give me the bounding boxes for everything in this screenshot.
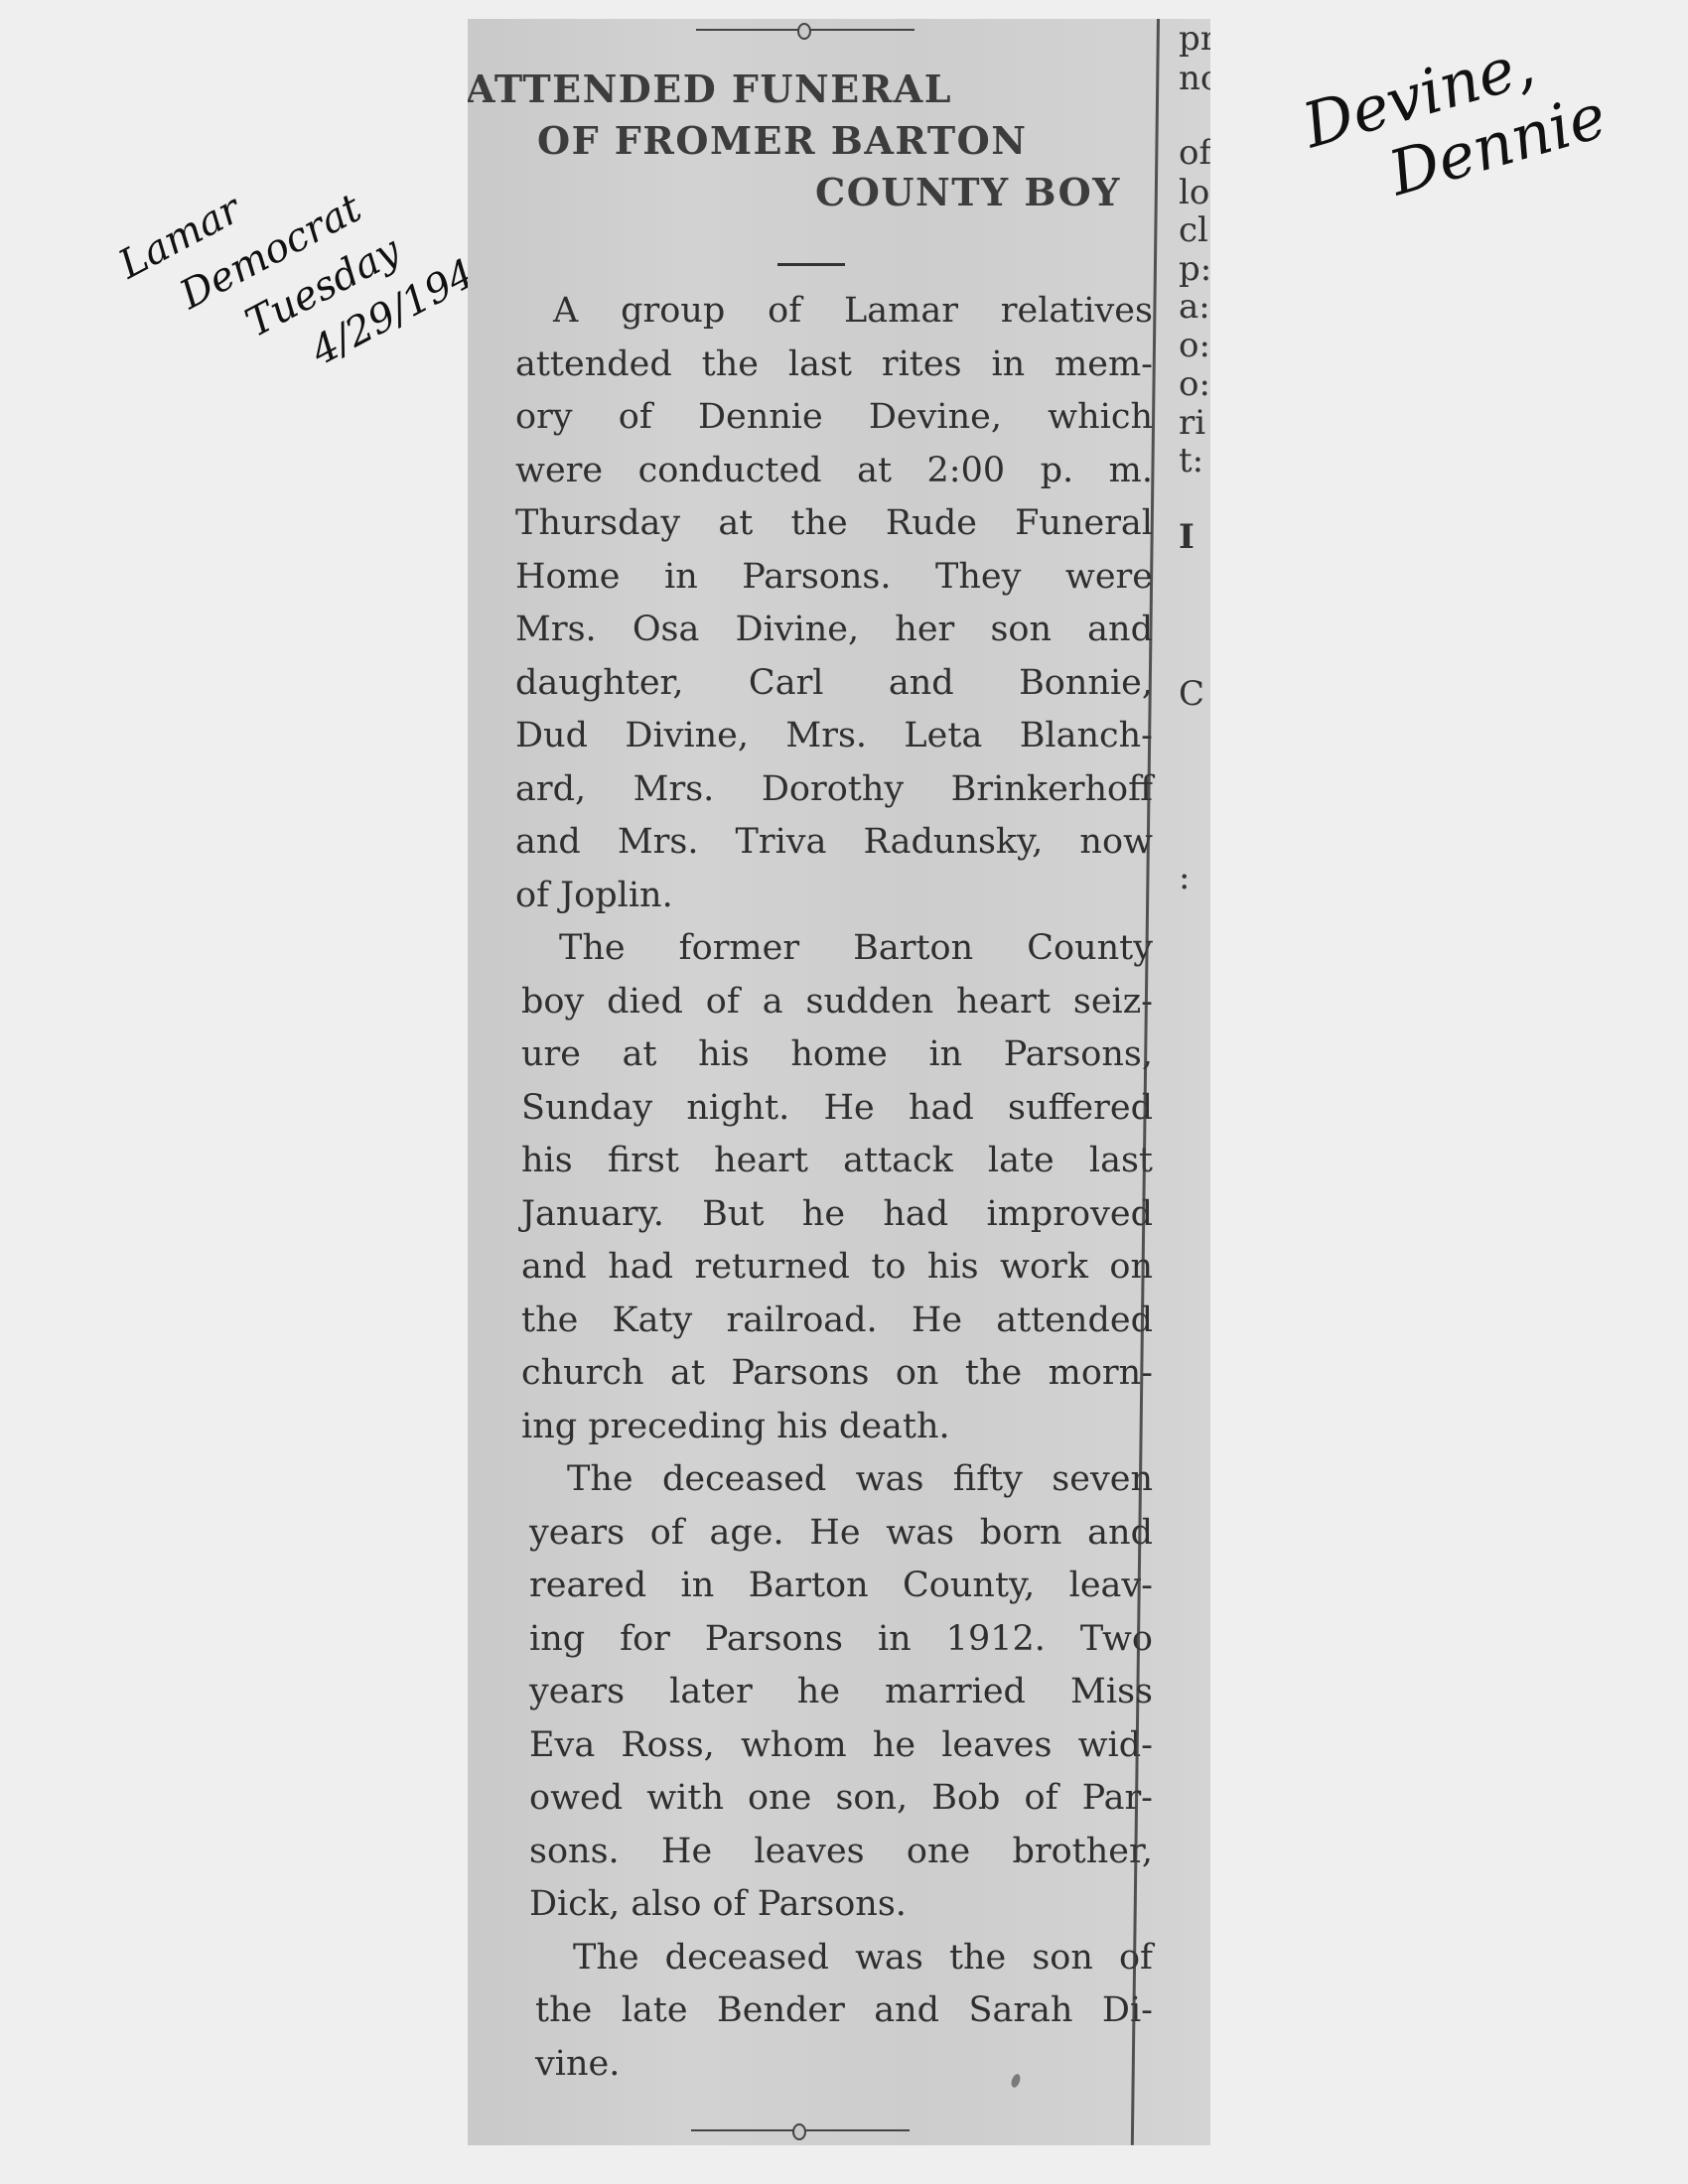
text-line: Sunday night. He had suffered [484,1082,1153,1136]
adjacent-column-fragment: : [1179,858,1210,897]
text-line: The deceased was fifty seven [492,1453,1153,1507]
text-line: sons. He leaves one brother, [492,1826,1153,1879]
text-line: ard, Mrs. Dorothy Brinkerhoff [478,763,1153,817]
text-line: Home in Parsons. They were [478,551,1153,605]
text-line: A group of Lamar relatives [478,285,1153,339]
text-line: and Mrs. Triva Radunsky, now [478,816,1153,870]
text-line: attended the last rites in mem- [478,339,1153,392]
headline-line-2: OF FROMER BARTON [537,114,1210,167]
headline-separator [777,263,845,266]
bottom-ornament-rule [691,2123,910,2137]
handwritten-subject-name: Devine, Dennie [1296,14,1614,227]
text-line: Mrs. Osa Divine, her son and [478,604,1153,657]
headline-line-1: ATTENDED FUNERAL [468,63,1151,115]
text-line: January. But he had improved [484,1188,1153,1242]
adjacent-column-fragment: I [1179,517,1210,557]
text-line: and had returned to his work on [484,1241,1153,1295]
adjacent-column-fragment: o: [1179,326,1210,365]
top-ornament-rule [696,23,914,37]
text-line: boy died of a sudden heart seiz- [484,976,1153,1029]
text-line: ing for Parsons in 1912. Two [492,1613,1153,1667]
paragraph-3: The deceased was fifty seven years of ag… [478,1453,1153,1932]
text-line: his first heart attack late last [484,1135,1153,1188]
adjacent-column-fragment: t: [1179,441,1210,480]
text-line: ory of Dennie Devine, which [478,391,1153,445]
article-body: A group of Lamar relatives attended the … [478,285,1153,2091]
text-line: of Joplin. [478,870,1153,923]
handwritten-source-note: Lamar Democrat Tuesday 4/29/1947 [109,87,507,440]
adjacent-column-fragment: p: [1179,249,1210,289]
adjacent-column-fragment: o: [1179,364,1210,404]
text-line: The former Barton County [484,922,1153,976]
headline-line-3: COUNTY BOY [815,166,1210,218]
text-line: daughter, Carl and Bonnie, [478,657,1153,711]
adjacent-column-fragment: ri [1179,403,1210,443]
text-line: were conducted at 2:00 p. m. [478,445,1153,498]
adjacent-column-fragment: C [1179,674,1210,714]
text-line: the Katy railroad. He attended [484,1295,1153,1348]
paragraph-1: A group of Lamar relatives attended the … [478,285,1153,922]
adjacent-column-fragment: a: [1179,287,1210,327]
newspaper-clipping: ATTENDED FUNERAL OF FROMER BARTON COUNTY… [468,19,1210,2145]
adjacent-column-fragment: cl [1179,210,1210,250]
text-line: Eva Ross, whom he leaves wid- [492,1719,1153,1773]
text-line: Dick, also of Parsons. [492,1878,1153,1932]
text-line: the late Bender and Sarah Di- [497,1984,1153,2038]
text-line: Thursday at the Rude Funeral [478,497,1153,551]
text-line: The deceased was the son of [497,1932,1153,1985]
adjacent-column-fragment: lo [1179,173,1210,212]
text-line: ing preceding his death. [484,1401,1153,1454]
adjacent-column-fragment: no [1179,59,1210,98]
text-line: vine. [497,2038,1153,2092]
text-line: ure at his home in Parsons, [484,1028,1153,1082]
text-line: years of age. He was born and [492,1507,1153,1561]
text-line: church at Parsons on the morn- [484,1347,1153,1401]
text-line: years later he married Miss [492,1666,1153,1719]
text-line: owed with one son, Bob of Par- [492,1772,1153,1826]
adjacent-column-fragment: of [1179,133,1210,173]
paragraph-4: The deceased was the son of the late Ben… [478,1932,1153,2092]
paragraph-2: The former Barton County boy died of a s… [478,922,1153,1453]
text-line: Dud Divine, Mrs. Leta Blanch- [478,710,1153,763]
adjacent-column-fragment: pr [1179,19,1210,59]
text-line: reared in Barton County, leav- [492,1560,1153,1613]
